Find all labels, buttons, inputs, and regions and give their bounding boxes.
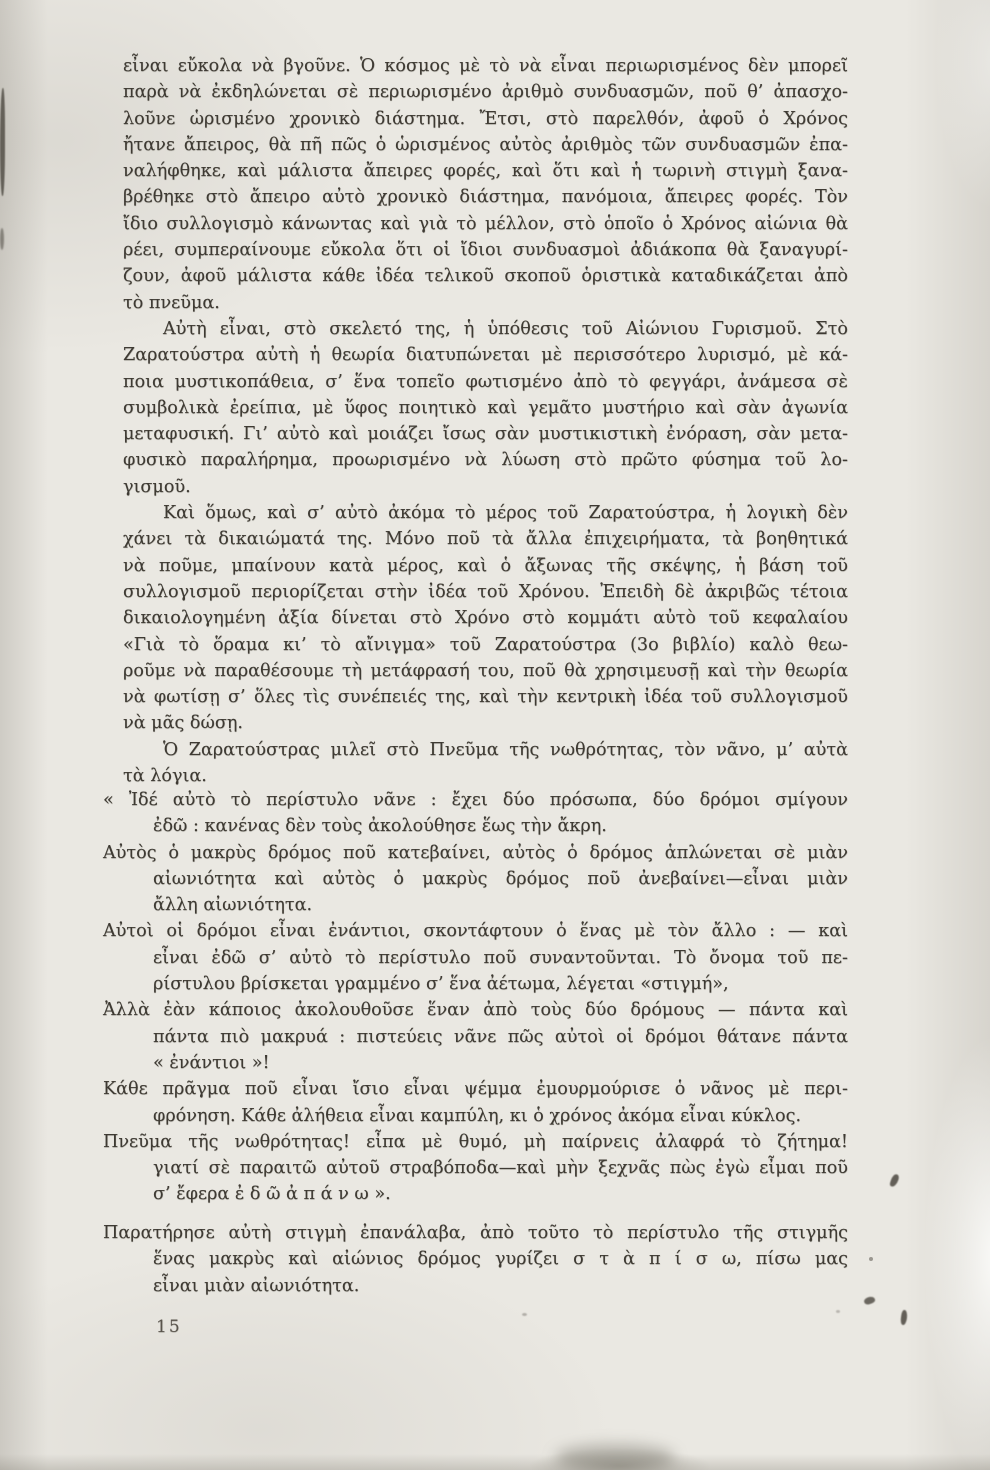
- text-line: ἐδῶ : κανένας δὲν τοὺς ἀκολούθησε ἕως τὴ…: [103, 813, 848, 839]
- text-line: Ἀλλὰ ἐὰν κάποιος ἀκολουθοῦσε ἕναν ἀπὸ το…: [103, 997, 848, 1023]
- ink-smudge-left-edge: [0, 88, 5, 196]
- text-line: Ὁ Ζαρατούστρας μιλεῖ στὸ Πνεῦμα τῆς νωθρ…: [123, 737, 848, 763]
- text-line: ζουν, ἀφοῦ μάλιστα κάθε ἰδέα τελικοῦ σκο…: [123, 263, 848, 289]
- text-line: γισμοῦ.: [123, 474, 848, 500]
- text-line: ποια μυστικοπάθεια, σ’ ἕνα τοπεῖο φωτισμ…: [123, 369, 848, 395]
- scanned-book-page: εἶναι εὔκολα νὰ βγοῦνε. Ὁ κόσμος μὲ τὸ ν…: [0, 0, 990, 1470]
- text-line: Κάθε πρᾶγμα ποῦ εἶναι ἴσιο εἶναι ψέμμα ἐ…: [103, 1076, 848, 1102]
- text-line: νὰ μᾶς δώσῃ.: [123, 710, 848, 736]
- ink-speck-right-margin: [863, 1295, 876, 1305]
- text-line: Πνεῦμα τῆς νωθρότητας! εἶπα μὲ θυμό, μὴ …: [103, 1129, 848, 1155]
- text-line: σ’ ἔφερα ἐ δ ῶ ἀ π ά ν ω ».: [103, 1181, 848, 1207]
- closing-stanza-block: Παρατήρησε αὐτὴ στιγμὴ ἐπανάλαβα, ἀπὸ το…: [103, 1220, 848, 1299]
- text-line: ρέει, συμπεραίνουμε εὔκολα ὅτι οἱ ἴδιοι …: [123, 237, 848, 263]
- text-line: « ἐνάντιοι »!: [103, 1050, 848, 1076]
- text-line: γιατί σὲ παραιτῶ αὐτοῦ στραβόποδα—καὶ μὴ…: [103, 1155, 848, 1181]
- text-line: δικαιολογημένη ἀξία δίνεται στὸ Χρόνο στ…: [123, 605, 848, 631]
- text-line: παρὰ νὰ ἐκδηλώνεται σὲ περιωρισμένο ἀριθ…: [123, 79, 848, 105]
- text-line: ἤτανε ἄπειρος, θὰ πῆ πῶς ὁ ὡρισμένος αὐτ…: [123, 132, 848, 158]
- ink-speck-right-margin: [889, 1173, 900, 1188]
- text-line: εἶναι εὔκολα νὰ βγοῦνε. Ὁ κόσμος μὲ τὸ ν…: [123, 53, 848, 79]
- text-line: Αὐτοὶ οἱ δρόμοι εἶναι ἐνάντιοι, σκοντάφτ…: [103, 918, 848, 944]
- stray-dot: [836, 1310, 840, 1313]
- text-line: νὰ φωτίσῃ σ’ ὅλες τὶς συνέπειές της, καὶ…: [123, 684, 848, 710]
- text-line: « Ἰδέ αὐτὸ τὸ περίστυλο νᾶνε : ἔχει δύο …: [103, 787, 848, 813]
- text-line: φυσικὸ παραλήρημα, προωρισμένο νὰ λύωση …: [123, 447, 848, 473]
- text-line: ναλήφθηκε, καὶ μάλιστα ἄπειρες φορές, κα…: [123, 158, 848, 184]
- text-line: τὰ λόγια.: [123, 763, 848, 789]
- text-line: Αὐτὸς ὁ μακρὺς δρόμος ποῦ κατεβαίνει, αὐ…: [103, 840, 848, 866]
- text-line: βρέθηκε στὸ ἄπειρο αὐτὸ χρονικὸ διάστημα…: [123, 184, 848, 210]
- text-line: εἶναι ἐδῶ σ’ αὐτὸ τὸ περίστυλο ποῦ συναν…: [103, 945, 848, 971]
- ink-speck-right-margin: [900, 1310, 908, 1326]
- text-line: μεταφυσική. Γι’ αὐτὸ καὶ μοιάζει ἴσως σὰ…: [123, 421, 848, 447]
- main-text-block: εἶναι εὔκολα νὰ βγοῦνε. Ὁ κόσμος μὲ τὸ ν…: [123, 53, 848, 789]
- text-line: εἶναι μιὰν αἰωνιότητα.: [103, 1273, 848, 1299]
- bottom-edge-smudge: [555, 1444, 675, 1470]
- text-line: αἰωνιότητα καὶ αὐτὸς ὁ μακρὺς δρόμος ποῦ…: [103, 866, 848, 892]
- text-line: ρίστυλου βρίσκεται γραμμένο σ’ ἕνα ἀέτωμ…: [103, 971, 848, 997]
- text-line: Αὐτὴ εἶναι, στὸ σκελετό της, ἡ ὑπόθεσις …: [123, 316, 848, 342]
- stray-dot: [869, 1257, 873, 1261]
- text-line: συλλογισμοῦ περιορίζεται στὴν ἰδέα τοῦ Χ…: [123, 579, 848, 605]
- text-line: Παρατήρησε αὐτὴ στιγμὴ ἐπανάλαβα, ἀπὸ το…: [103, 1220, 848, 1246]
- text-line: πάντα πιὸ μακρυά : πιστεύεις νᾶνε πῶς αὐ…: [103, 1024, 848, 1050]
- text-line: ἕνας μακρὺς καὶ αἰώνιος δρόμος γυρίζει σ…: [103, 1246, 848, 1272]
- text-line: νὰ ποῦμε, μπαίνουν κατὰ μέρος, καὶ ὁ ἄξω…: [123, 553, 848, 579]
- quoted-verse-block: « Ἰδέ αὐτὸ τὸ περίστυλο νᾶνε : ἔχει δύο …: [103, 787, 848, 1208]
- text-line: Καὶ ὅμως, καὶ σ’ αὐτὸ ἀκόμα τὸ μέρος τοῦ…: [123, 500, 848, 526]
- text-line: ἄλλη αἰωνιότητα.: [103, 892, 848, 918]
- text-line: ροῦμε νὰ παραθέσουμε τὴ μετάφρασή του, π…: [123, 658, 848, 684]
- stray-dot: [522, 1313, 527, 1316]
- page-number: 15: [156, 1317, 182, 1337]
- text-line: συμβολικὰ ἐρείπια, μὲ ὕφος ποιητικὸ καὶ …: [123, 395, 848, 421]
- text-line: Ζαρατούστρα αὐτὴ ἡ θεωρία διατυπώνεται μ…: [123, 342, 848, 368]
- ink-smudge-left-edge-small: [0, 228, 4, 250]
- text-line: «Γιὰ τὸ ὅραμα κι’ τὸ αἴνιγμα» τοῦ Ζαρατο…: [123, 632, 848, 658]
- text-line: φρόνηση. Κάθε ἀλήθεια εἶναι καμπύλη, κι …: [103, 1103, 848, 1129]
- text-line: λοῦνε ὡρισμένο χρονικὸ διάστημα. Ἔτσι, σ…: [123, 106, 848, 132]
- text-line: τὸ πνεῦμα.: [123, 290, 848, 316]
- text-line: ἴδιο συλλογισμὸ κάνωντας καὶ γιὰ τὸ μέλλ…: [123, 211, 848, 237]
- text-line: χάνει τὰ δικαιώματά της. Μόνο ποῦ τὰ ἄλλ…: [123, 526, 848, 552]
